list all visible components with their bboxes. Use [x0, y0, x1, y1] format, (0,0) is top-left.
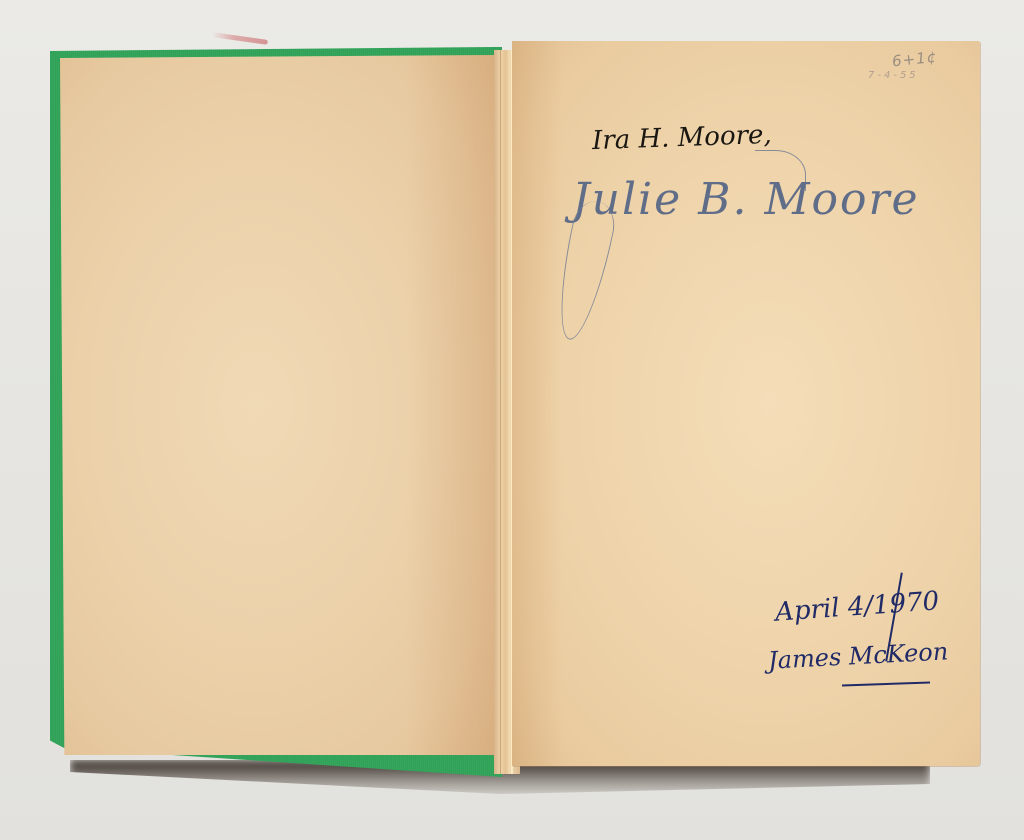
signature-ira-moore: Ira H. Moore,	[592, 120, 773, 156]
signature-julie-moore: Julie B. Moore	[572, 174, 920, 225]
stray-red-mark	[212, 32, 268, 45]
front-pastedown-blank-page	[60, 55, 496, 755]
pencil-date-note: 7-4-55	[868, 70, 919, 81]
